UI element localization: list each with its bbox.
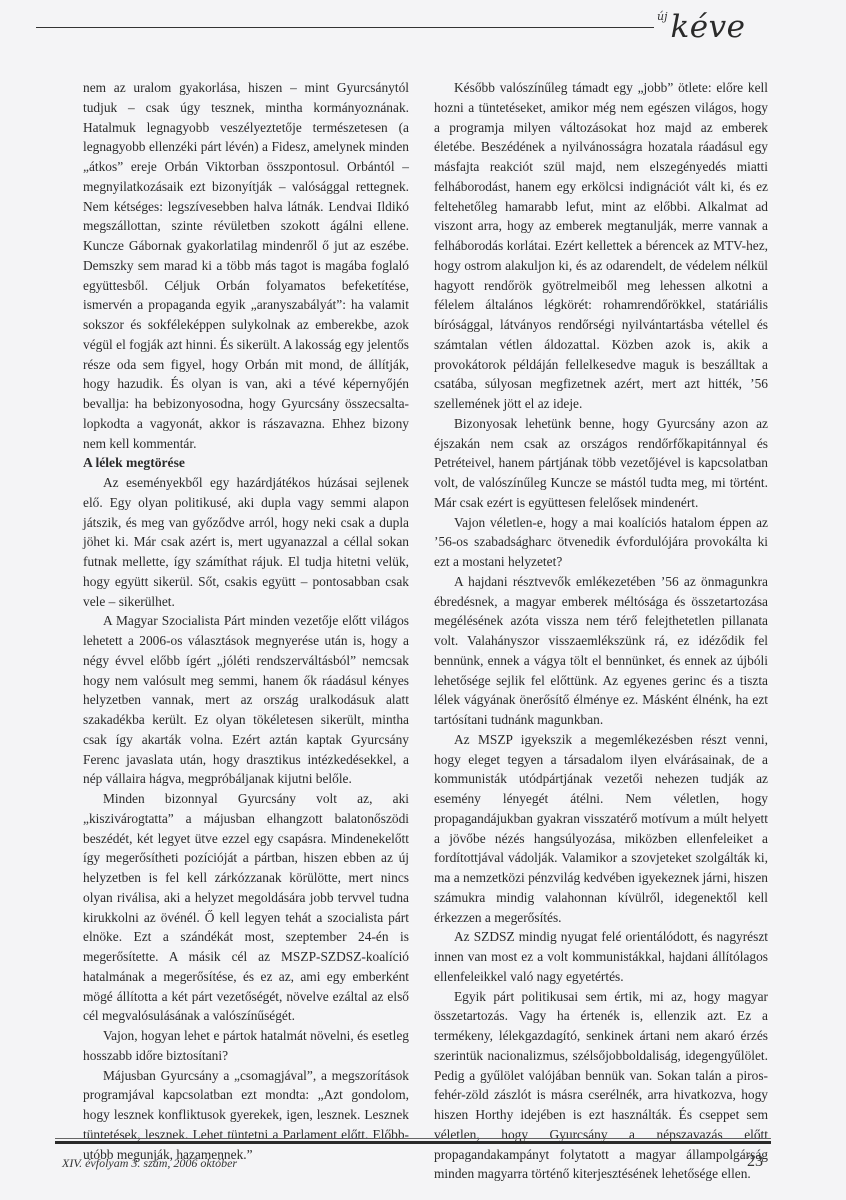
paragraph: Májusban Gyurcsány a „csomagjával”, a me…	[83, 1066, 409, 1165]
header-rule	[36, 27, 654, 28]
section-heading: A lélek megtörése	[83, 453, 409, 473]
paragraph: Vajon véletlen-e, hogy a mai koalíciós h…	[434, 513, 768, 572]
paragraph: Egyik párt politikusai sem értik, mi az,…	[434, 987, 768, 1185]
paragraph: Az MSZP igyekszik a megemlékezésben rész…	[434, 730, 768, 928]
left-column: nem az uralom gyakorlása, hiszen – mint …	[83, 78, 409, 1164]
paragraph: Az eseményekből egy hazárdjátékos húzása…	[83, 473, 409, 611]
magazine-logo: új kéve	[657, 8, 746, 48]
paragraph: A Magyar Szocialista Párt minden vezetőj…	[83, 611, 409, 789]
right-column: Később valószínűleg támadt egy „jobb” öt…	[434, 78, 768, 1184]
paragraph: Az SZDSZ mindig nyugat felé orientálódot…	[434, 927, 768, 986]
magazine-page: új kéve nem az uralom gyakorlása, hiszen…	[0, 0, 846, 1200]
paragraph: nem az uralom gyakorlása, hiszen – mint …	[83, 78, 409, 453]
logo-prefix: új	[657, 10, 668, 23]
footer-rule-thin	[55, 1138, 771, 1139]
page-number: 23	[747, 1153, 763, 1171]
paragraph: A hajdani résztvevők emlékezetében ’56 a…	[434, 572, 768, 730]
paragraph: Minden bizonnyal Gyurcsány volt az, aki …	[83, 789, 409, 1026]
footer-rule-thick	[55, 1141, 771, 1144]
paragraph: Vajon, hogyan lehet e pártok hatalmát nö…	[83, 1026, 409, 1066]
logo-title: kéve	[671, 8, 746, 46]
paragraph: Később valószínűleg támadt egy „jobb” öt…	[434, 78, 768, 414]
paragraph: Bizonyosak lehetünk benne, hogy Gyurcsán…	[434, 414, 768, 513]
issue-info: XIV. évfolyam 3. szám, 2006 október	[62, 1156, 237, 1171]
footer-rule	[55, 1138, 771, 1144]
